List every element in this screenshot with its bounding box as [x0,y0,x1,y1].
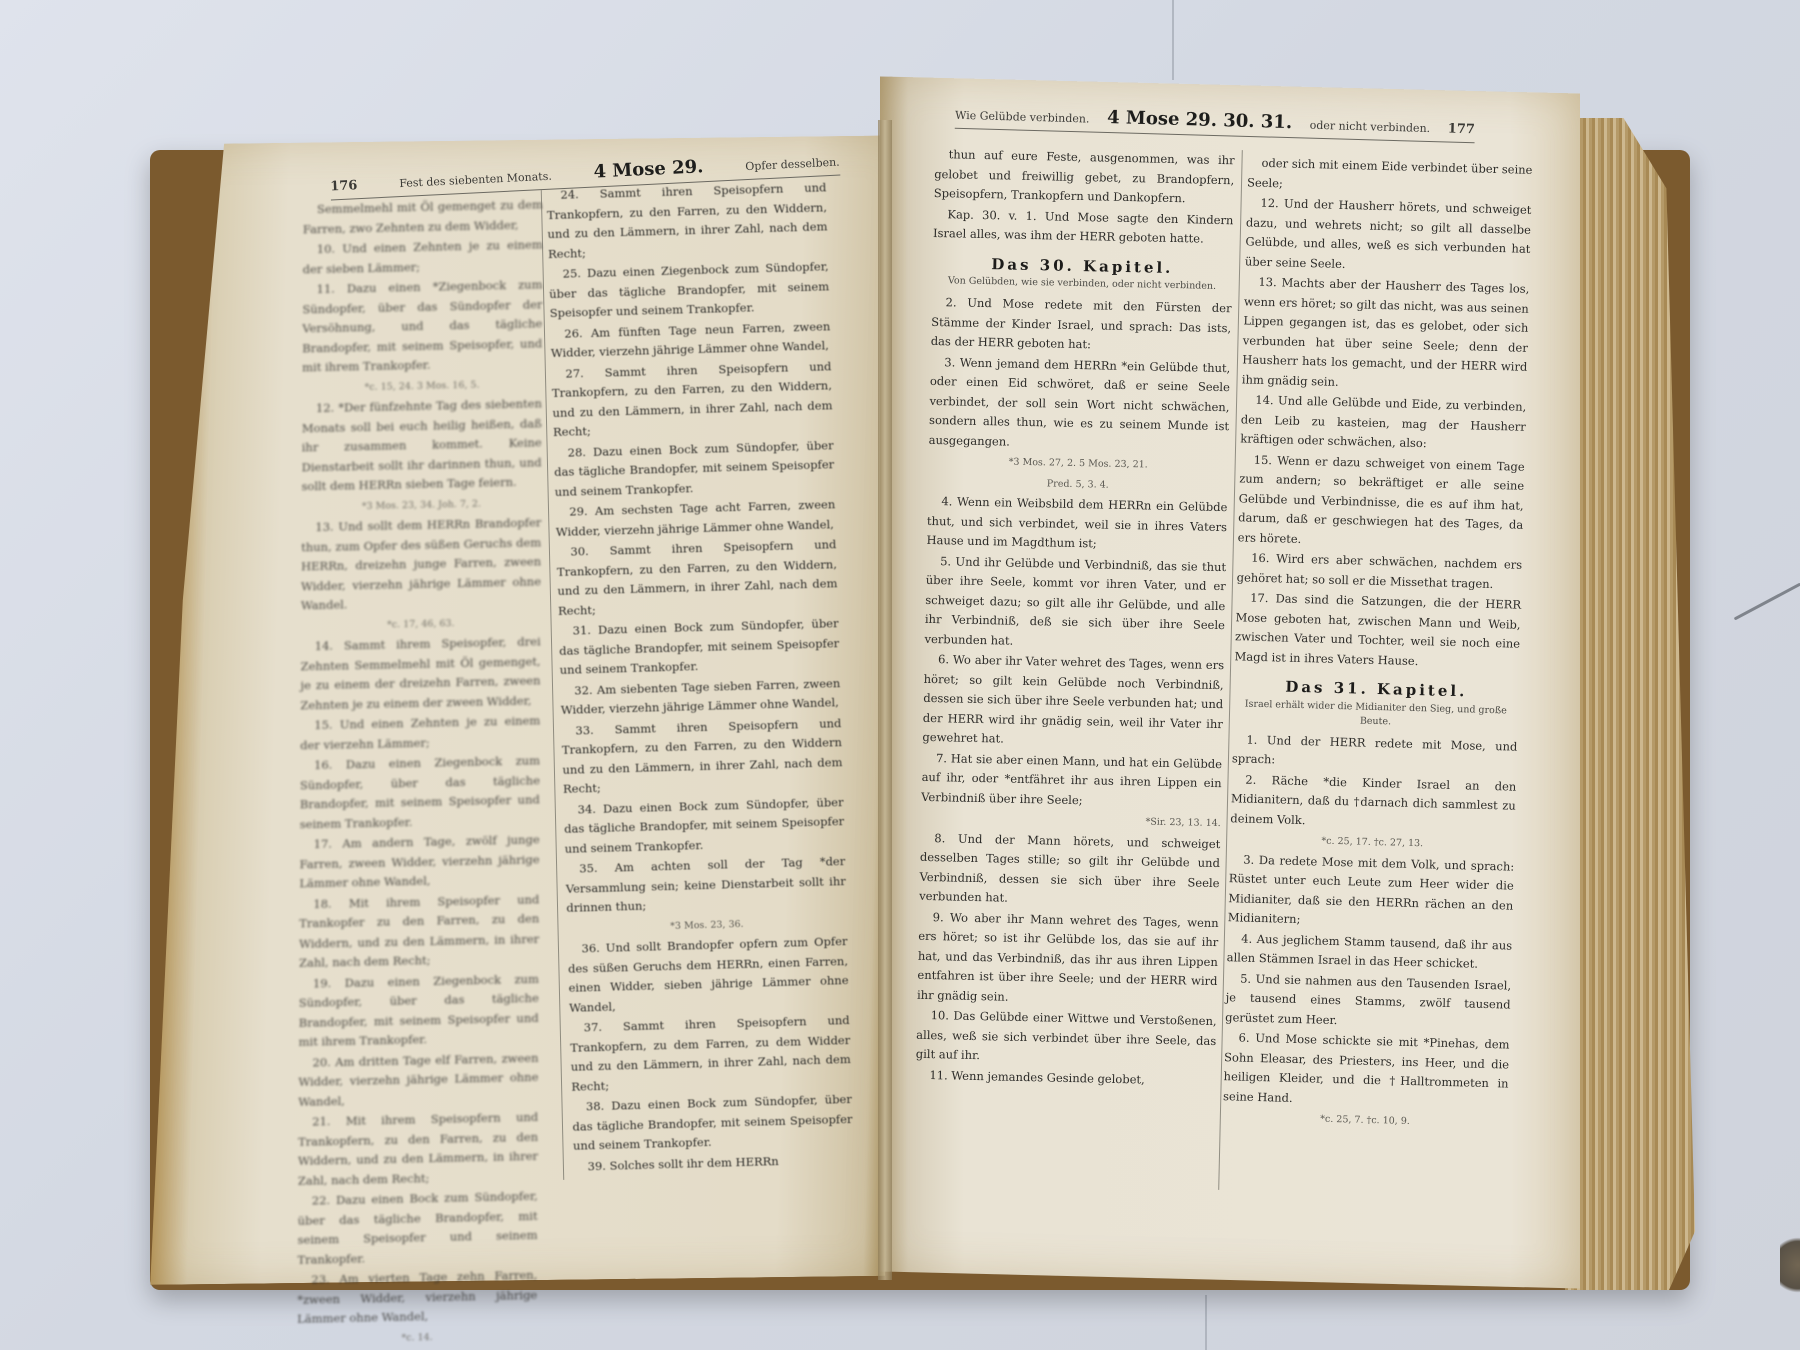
verse: 11. Dazu einen *Ziegenbock zum Sündopfer… [302,275,542,378]
verse: 35. Am achten soll der Tag *der Versamml… [565,852,847,918]
verse: 17. Das sind die Satzungen, die der HERR… [1234,588,1521,673]
verse: 37. Sammt ihren Speisopfern und Trankopf… [569,1011,851,1097]
table-debris [1780,1230,1800,1300]
verse: 6. Und Mose schickte sie mit *Pinehas, d… [1223,1028,1510,1113]
book-gutter [878,120,892,1280]
verse: thun auf eure Feste, ausgenommen, was ih… [934,145,1235,210]
verse: 15. Und einen Zehnten je zu einem der vi… [300,711,540,755]
verse: 19. Dazu einen Ziegenbock zum Sündopfer,… [299,969,539,1052]
left-column-2: 24. Sammt ihren Speisopfern und Trankopf… [546,178,854,1177]
verse: 16. Dazu einen Ziegenbock zum Sündopfer,… [300,751,540,834]
running-title: 4 Mose 29. [593,156,704,182]
verse: 27. Sammt ihren Speisopfern und Trankopf… [551,357,833,443]
verse: 14. Und alle Gelübde und Eide, zu verbin… [1240,390,1526,456]
verse: 12. *Der fünfzehnte Tag des siebenten Mo… [301,394,541,497]
verse: 32. Am siebenten Tage sieben Farren, zwe… [560,674,841,721]
verse: 5. Und ihr Gelübde und Verbindniß, das s… [924,551,1226,655]
verse: 3. Da redete Mose mit dem Volk, und spra… [1228,850,1515,935]
header-right-caption: Opfer desselben. [745,156,840,174]
page-number: 177 [1448,122,1476,138]
verse: 16. Wird ers aber schwächen, nachdem ers… [1236,548,1522,594]
verse: 25. Dazu einen Ziegenbock zum Sündopfer,… [548,257,830,323]
verse: 4. Aus jeglichem Stamm tausend, daß ihr … [1226,929,1512,975]
verse: 2. Räche *die Kinder Israel an den Midia… [1230,770,1516,836]
verse: 17. Am andern Tage, zwölf junge Farren, … [299,831,539,895]
verse: Semmelmehl mit Öl gemenget zu dem Farren… [303,195,543,239]
header-left-caption: Wie Gelübde verbinden. [955,109,1090,126]
verse: 30. Sammt ihren Speisopfern und Trankopf… [556,535,838,621]
verse: 20. Am dritten Tage elf Farren, zween Wi… [298,1048,538,1112]
verse: 38. Dazu einen Bock zum Sündopfer, über … [572,1090,854,1156]
verse: 31. Dazu einen Bock zum Sündopfer, über … [558,614,840,680]
table-seam [1172,0,1174,80]
verse: 28. Dazu einen Bock zum Sündopfer, über … [553,436,835,502]
table-seam [1205,1295,1207,1350]
right-column-2: oder sich mit einem Eide verbindet über … [1222,153,1532,1135]
table-scratch [1734,583,1800,621]
verse: 4. Wenn ein Weibsbild dem HERRn ein Gelü… [926,492,1227,557]
right-column-1: thun auf eure Feste, ausgenommen, was ih… [915,145,1235,1092]
verse: 5. Und sie nahmen aus den Tausenden Isra… [1225,969,1511,1035]
verse: 9. Wo aber ihr Mann wehret des Tages, we… [917,907,1219,1011]
verse: 29. Am sechsten Tage acht Farren, zween … [555,495,836,542]
verse: 22. Dazu einen Bock zum Sündopfer, über … [297,1187,537,1270]
running-title: 4 Mose 29. 30. 31. [1107,107,1293,133]
verse: 26. Am fünften Tage neun Farren, zween W… [550,317,831,364]
open-bible-photo: 176 Fest des siebenten Monats. 4 Mose 29… [0,0,1800,1350]
header-right-caption: oder nicht verbinden. [1310,119,1431,135]
footnote: *c. 14. [297,1325,537,1350]
verse: 21. Mit ihrem Speisopfern und Trankopfer… [298,1108,538,1191]
verse: 33. Sammt ihren Speisopfern und Trankopf… [561,714,843,800]
verse: 1. Und der HERR redete mit Mose, und spr… [1232,730,1518,776]
page-number: 176 [330,178,358,194]
verse: 34. Dazu einen Bock zum Sündopfer, über … [563,793,845,859]
verse: Kap. 30. v. 1. Und Mose sagte den Kinder… [933,204,1234,249]
verse: 18. Mit ihrem Speisopfer und Trankopfer … [299,890,539,973]
verse: 23. Am vierten Tage zehn Farren, *zween … [297,1266,537,1330]
verse: 13. Machts aber der Hausherr des Tages l… [1242,272,1530,396]
verse: 24. Sammt ihren Speisopfern und Trankopf… [546,178,828,264]
verse: 10. Und einen Zehnten je zu einem der si… [303,235,543,279]
verse: 13. Und sollt dem HERRn Brandopfer thun,… [301,513,541,616]
left-column-1: Semmelmehl mit Öl gemenget zu dem Farren… [297,195,543,1350]
verse: oder sich mit einem Eide verbindet über … [1247,153,1533,199]
verse: 15. Wenn er dazu schweiget von einem Tag… [1237,450,1524,555]
verse: 12. Und der Hausherr hörets, und schweig… [1245,193,1532,278]
header-left-caption: Fest des siebenten Monats. [399,170,552,190]
verse: 36. Und sollt Brandopfer opfern zum Opfe… [567,932,849,1018]
verse: 7. Hat sie aber einen Mann, und hat ein … [921,748,1222,813]
verse: 6. Wo aber ihr Vater wehret des Tages, w… [922,650,1224,754]
verse: 2. Und Mose redete mit den Fürsten der S… [931,293,1232,358]
verse: 3. Wenn jemand dem HERRn *ein Gelübde th… [928,352,1230,456]
verse: 10. Das Gelübde einer Wittwe und Verstoß… [916,1006,1217,1071]
verse: 14. Sammt ihrem Speisopfer, drei Zehnten… [300,632,540,715]
verse: 8. Und der Mann hörets, und schweiget de… [919,828,1221,912]
